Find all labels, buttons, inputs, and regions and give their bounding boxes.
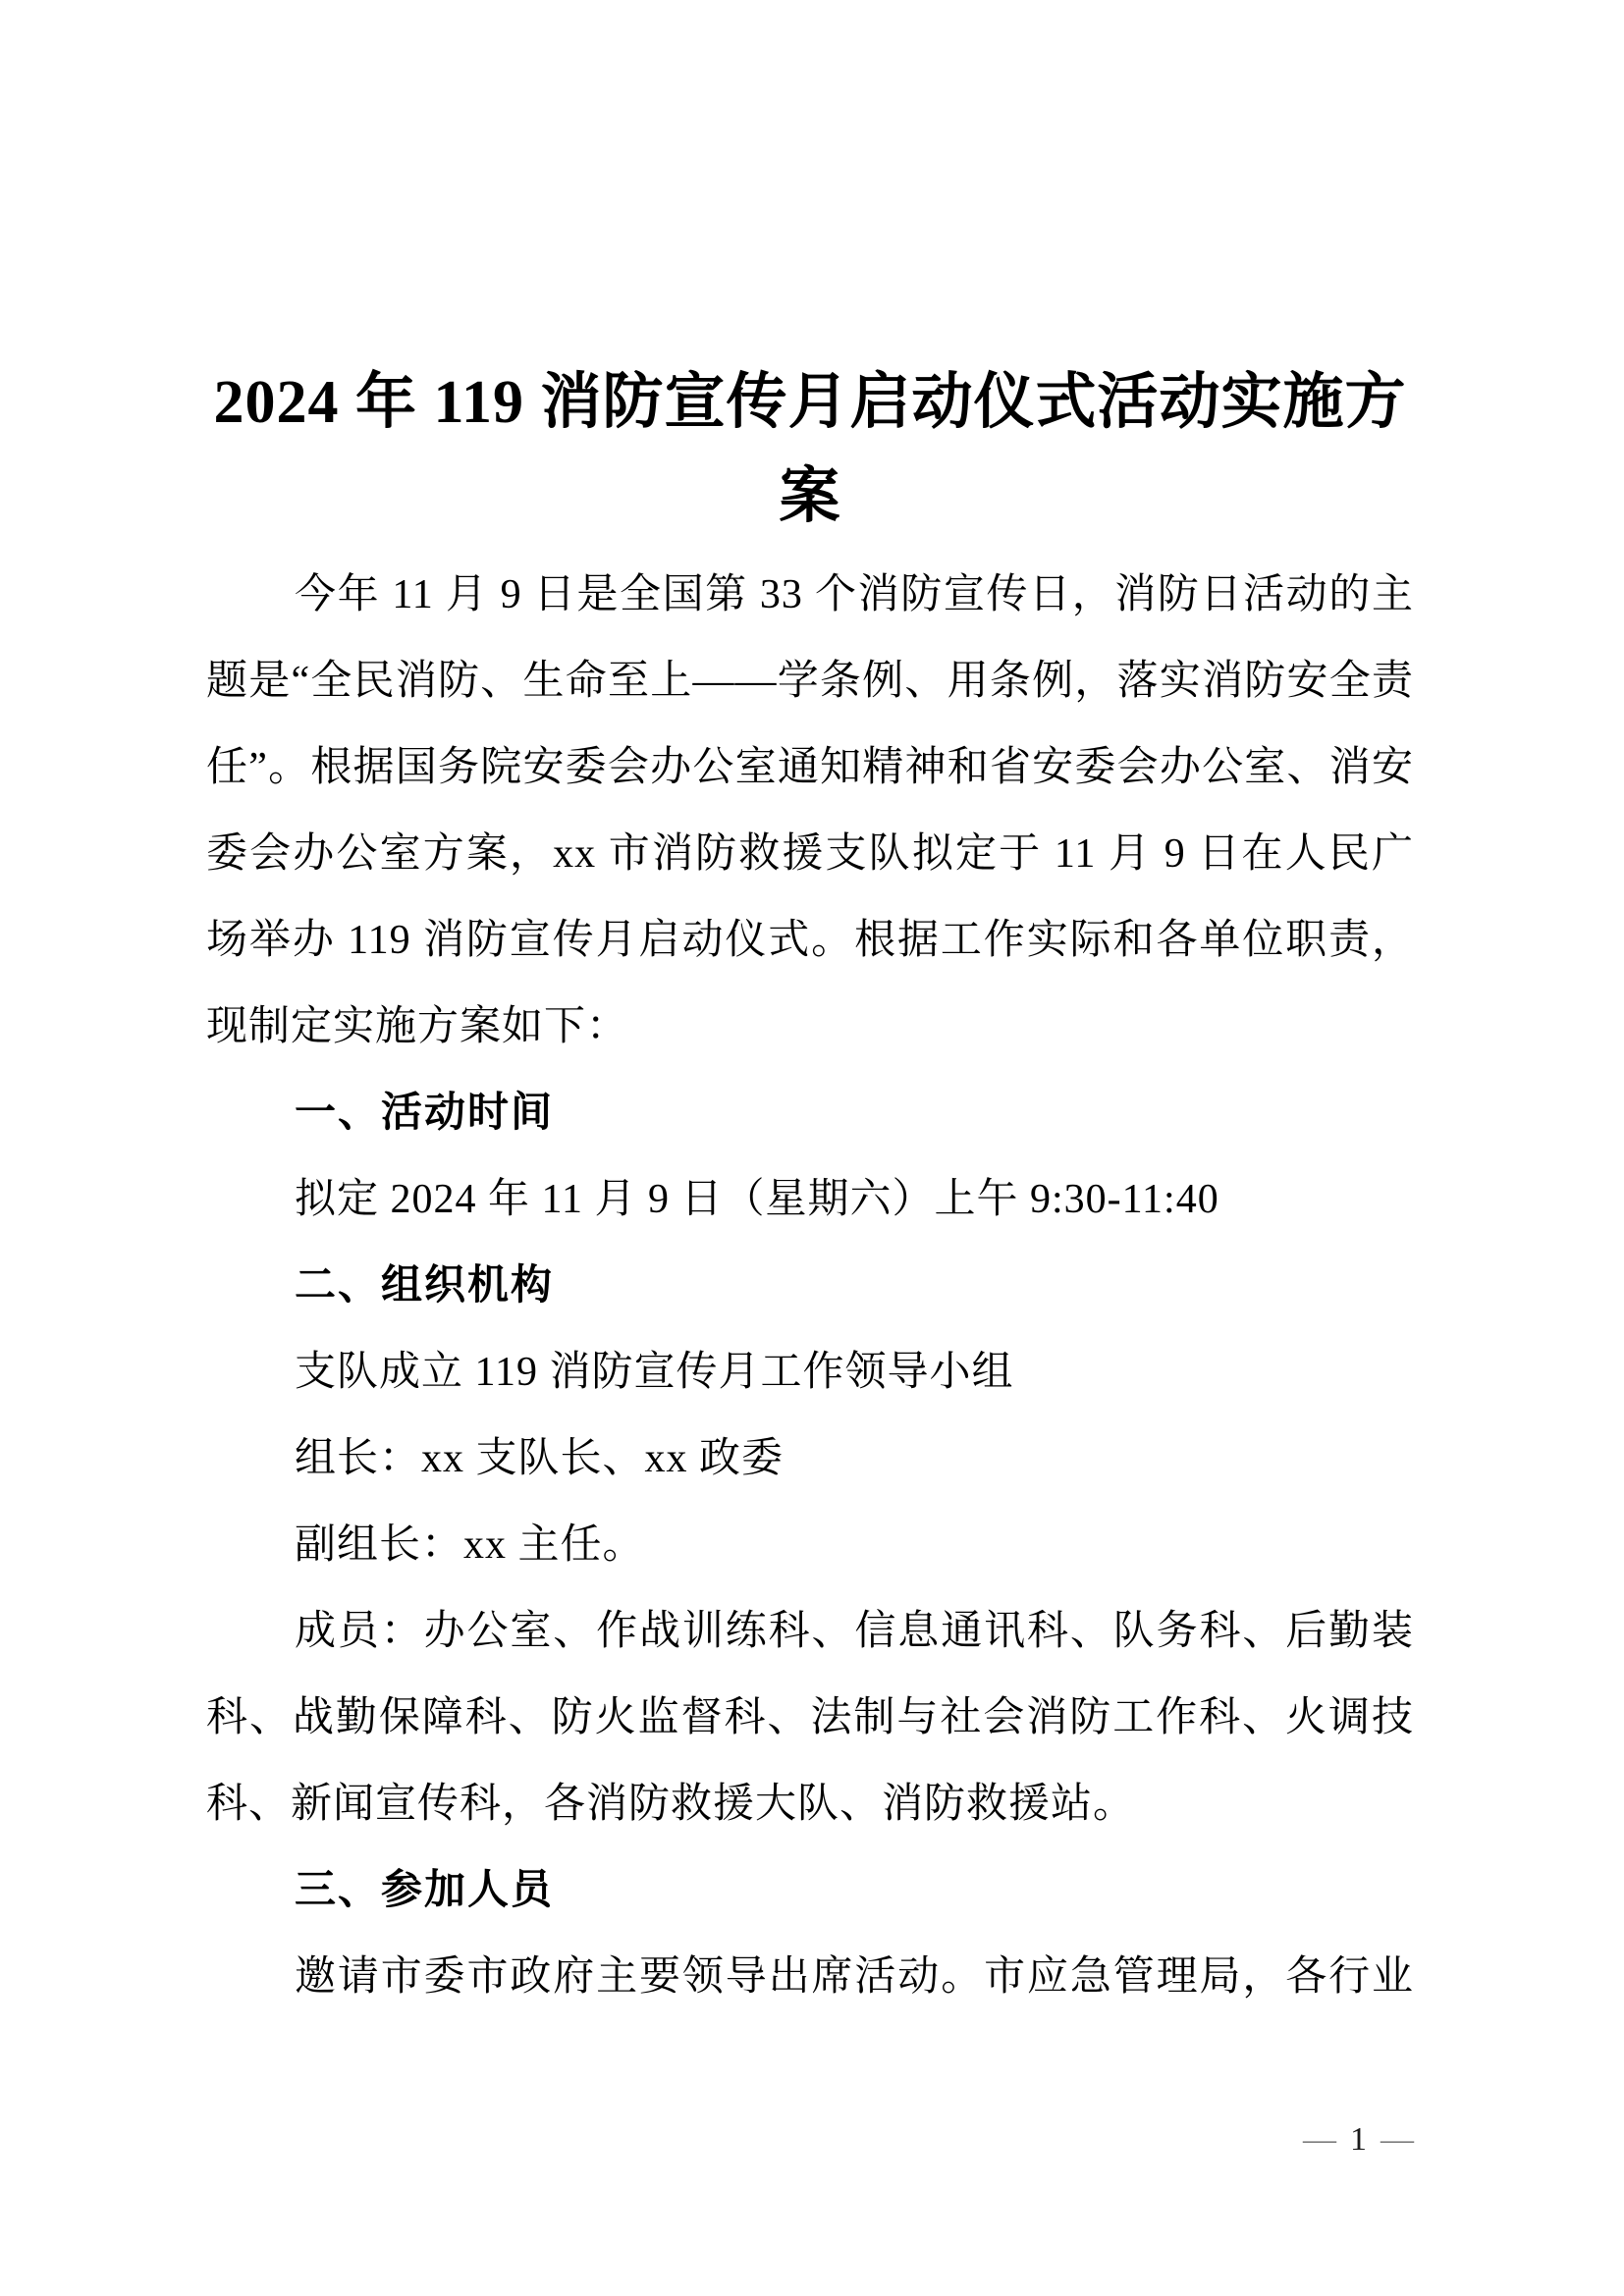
title-line-2: 案 [196,450,1424,544]
intro-line-1: 今年 11 月 9 日是全国第 33 个消防宣传日，消防日活动的主 [206,552,1414,638]
heading-organization: 二、组织机构 [206,1243,1414,1329]
intro-line-2: 题是“全民消防、生命至上——学条例、用条例，落实消防安全责 [206,638,1414,724]
organization-deputy-line: 副组长：xx 主任。 [206,1502,1414,1588]
participants-line-1: 邀请市委市政府主要领导出席活动。市应急管理局，各行业 [206,1934,1414,2020]
title-line-1: 2024 年 119 消防宣传月启动仪式活动实施方 [196,355,1424,450]
page-number: 1 [1350,2121,1367,2158]
organization-line-1: 支队成立 119 消防宣传月工作领导小组 [206,1329,1414,1415]
document-page: 2024 年 119 消防宣传月启动仪式活动实施方 案 今年 11 月 9 日是… [0,0,1624,2296]
footer-dash-right: — [1380,2121,1414,2158]
intro-line-6: 现制定实施方案如下： [206,984,1414,1070]
document-body: 今年 11 月 9 日是全国第 33 个消防宣传日，消防日活动的主 题是“全民消… [206,552,1414,2020]
document-title: 2024 年 119 消防宣传月启动仪式活动实施方 案 [196,355,1424,544]
page-footer: —1— [1303,2120,1414,2160]
intro-line-5: 场举办 119 消防宣传月启动仪式。根据工作实际和各单位职责， [206,897,1414,984]
organization-leader-line: 组长：xx 支队长、xx 政委 [206,1415,1414,1502]
heading-activity-time: 一、活动时间 [206,1070,1414,1156]
organization-members-line-1: 成员：办公室、作战训练科、信息通讯科、队务科、后勤装备 [206,1588,1414,1675]
heading-participants: 三、参加人员 [206,1847,1414,1934]
organization-members-line-3: 科、新闻宣传科，各消防救援大队、消防救援站。 [206,1761,1414,1847]
intro-line-4: 委会办公室方案，xx 市消防救援支队拟定于 11 月 9 日在人民广 [206,811,1414,897]
intro-line-3: 任”。根据国务院安委会办公室通知精神和省安委会办公室、消安 [206,724,1414,811]
organization-members-line-2: 科、战勤保障科、防火监督科、法制与社会消防工作科、火调技术 [206,1675,1414,1761]
activity-time-value: 拟定 2024 年 11 月 9 日（星期六）上午 9:30-11:40 [206,1156,1414,1243]
footer-dash-left: — [1303,2121,1336,2158]
